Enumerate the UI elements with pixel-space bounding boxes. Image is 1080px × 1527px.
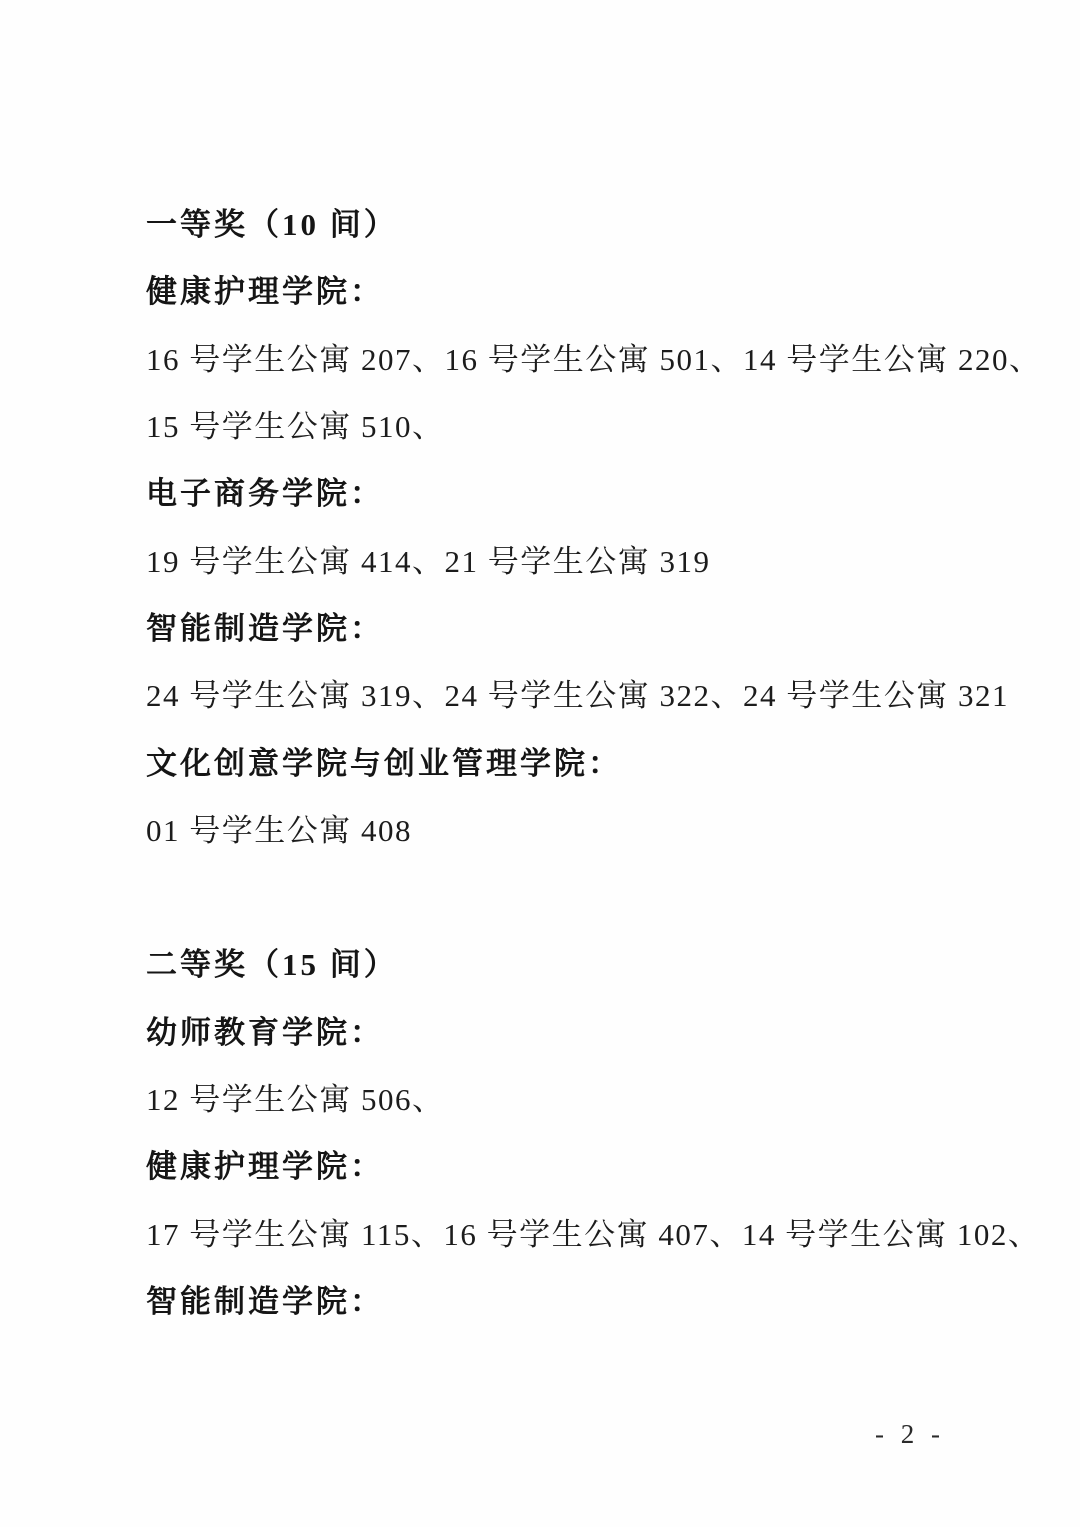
room-list-line: 12 号学生公寓 506、 — [146, 1063, 946, 1130]
first-prize-heading: 一等奖（10 间） — [146, 188, 946, 255]
room-list-line: 24 号学生公寓 319、24 号学生公寓 322、24 号学生公寓 321 — [146, 659, 946, 726]
college-heading-intelligent-manufacturing-2: 智能制造学院： — [146, 1265, 946, 1332]
college-heading-cultural-creativity: 文化创意学院与创业管理学院： — [146, 726, 946, 793]
blank-line — [146, 861, 946, 928]
college-heading-health-nursing: 健康护理学院： — [146, 255, 946, 322]
college-heading-intelligent-manufacturing: 智能制造学院： — [146, 592, 946, 659]
room-list-line: 16 号学生公寓 207、16 号学生公寓 501、14 号学生公寓 220、 — [146, 323, 946, 390]
room-list-line: 19 号学生公寓 414、21 号学生公寓 319 — [146, 524, 946, 591]
college-heading-ecommerce: 电子商务学院： — [146, 457, 946, 524]
college-heading-preschool-education: 幼师教育学院： — [146, 996, 946, 1063]
document-body: 一等奖（10 间） 健康护理学院： 16 号学生公寓 207、16 号学生公寓 … — [146, 188, 946, 1332]
document-page: 一等奖（10 间） 健康护理学院： 16 号学生公寓 207、16 号学生公寓 … — [0, 0, 1080, 1527]
room-list-line: 01 号学生公寓 408 — [146, 794, 946, 861]
room-list-line: 17 号学生公寓 115、16 号学生公寓 407、14 号学生公寓 102、 — [146, 1197, 946, 1264]
room-list-line: 15 号学生公寓 510、 — [146, 390, 946, 457]
page-number: - 2 - — [848, 1414, 972, 1454]
college-heading-health-nursing-2: 健康护理学院： — [146, 1130, 946, 1197]
second-prize-heading: 二等奖（15 间） — [146, 928, 946, 995]
